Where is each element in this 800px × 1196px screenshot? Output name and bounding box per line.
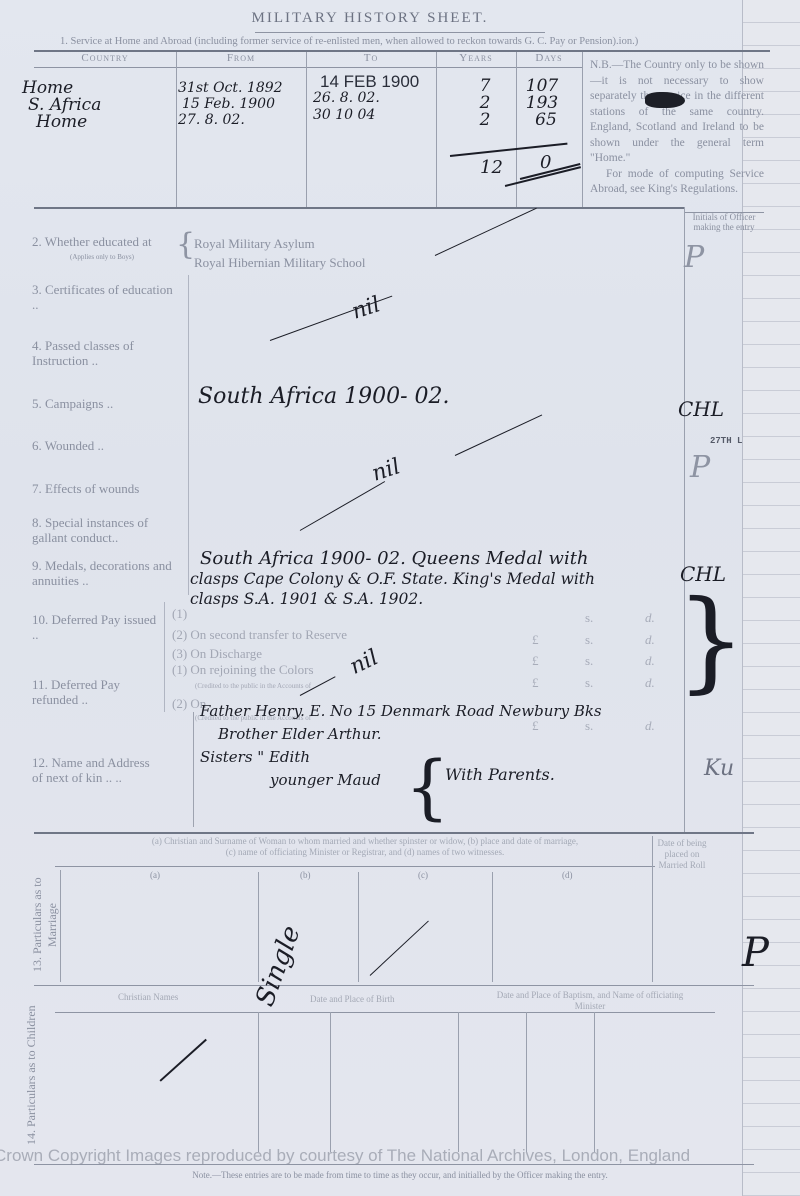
total-years: 12	[480, 157, 503, 178]
pencil-initial: P	[684, 240, 704, 275]
brace-line	[188, 275, 189, 595]
item-10-lines: (1) On first transfer to Reserve (2) On …	[172, 606, 347, 663]
item-8-label: 8. Special instances of gallant conduct.…	[32, 515, 180, 545]
col-to: To	[306, 52, 436, 64]
initials-header: Initials of Officer making the entry	[684, 212, 764, 232]
initials-5: CHL	[678, 397, 724, 421]
rule	[34, 832, 754, 834]
item-12-aside: With Parents.	[445, 765, 555, 784]
to-3: 30 10 04	[313, 107, 419, 124]
document-title: MILITARY HISTORY SHEET.	[0, 10, 740, 27]
item-2-sub: (Applies only to Boys)	[70, 253, 134, 261]
regiment-stamp: 27TH L	[710, 436, 742, 446]
service-to-list: 14 FEB 1900 26. 8. 02. 30 10 04	[310, 73, 419, 124]
item-2-options: Royal Military Asylum Royal Hibernian Mi…	[194, 234, 366, 272]
ink-blot	[645, 92, 685, 108]
copyright-watermark: Crown Copyright Images reproduced by cou…	[0, 1146, 690, 1166]
married-roll-header: Date of being placed on Married Roll	[652, 838, 712, 871]
col-country: Country	[34, 52, 176, 64]
section13-label: 13. Particulars as to Marriage	[30, 870, 60, 980]
large-initial: P	[742, 930, 769, 976]
marriage-header: (a) Christian and Surname of Woman to wh…	[60, 836, 670, 858]
from-1: 31st Oct. 1892	[178, 80, 283, 96]
pencil-initial: Ku	[704, 756, 734, 781]
item-9-entry: South Africa 1900- 02. Queens Medal with…	[200, 549, 595, 609]
to-1-stamp: 14 FEB 1900	[320, 73, 419, 90]
item-3-label: 3. Certificates of education ..	[32, 282, 180, 312]
col-years: Years	[436, 52, 516, 64]
rule	[34, 207, 684, 209]
item-9-label: 9. Medals, decorations and annuities ..	[32, 558, 180, 588]
item-5-entry: South Africa 1900- 02.	[198, 384, 450, 409]
service-years-list: 7 2 2	[470, 78, 500, 129]
col-from: From	[176, 52, 306, 64]
item-10-label: 10. Deferred Pay issued ..	[32, 612, 157, 642]
item-4-label: 4. Passed classes of Instruction ..	[32, 338, 180, 368]
service-days-list: 107 193 65	[522, 78, 562, 129]
nb-note: N.B.—The Country only to be shown—it is …	[590, 58, 764, 198]
country-3: Home	[36, 114, 101, 131]
years-3: 2	[470, 112, 500, 129]
service-country-list: Home S. Africa Home	[22, 80, 101, 131]
item-11-credited-1: (Credited to the public in the Accounts …	[195, 682, 311, 690]
item-5-label: 5. Campaigns ..	[32, 396, 180, 411]
item-7-label: 7. Effects of wounds	[32, 481, 180, 496]
from-3: 27. 8. 02.	[178, 112, 283, 128]
initials-9: CHL	[680, 562, 726, 586]
brace-line	[164, 602, 165, 712]
kin-box-line	[193, 712, 194, 827]
footer-note: Note.—These entries are to be made from …	[0, 1170, 800, 1180]
initials-column-line	[684, 207, 685, 832]
pencil-initial: P	[690, 450, 710, 485]
item-6-label: 6. Wounded ..	[32, 438, 180, 453]
title-underline	[255, 32, 545, 33]
section1-heading: 1. Service at Home and Abroad (including…	[60, 36, 638, 47]
from-2: 15 Feb. 1900	[182, 96, 283, 112]
item-12-label: 12. Name and Address of next of kin .. .…	[32, 755, 157, 785]
days-3: 65	[530, 112, 562, 129]
item-11-label: 11. Deferred Pay refunded ..	[32, 677, 157, 707]
item-11-line-1: (1) On rejoining the Colors	[172, 662, 314, 677]
item-2-label: 2. Whether educated at	[32, 234, 152, 249]
rule	[34, 67, 582, 68]
section14-label: 14. Particulars as to Children	[24, 1000, 39, 1150]
to-2: 26. 8. 02.	[313, 90, 419, 107]
service-from-list: 31st Oct. 1892 15 Feb. 1900 27. 8. 02.	[178, 80, 283, 128]
col-days: Days	[516, 52, 582, 64]
pence-column: d. d. d. d. d.	[645, 607, 655, 736]
